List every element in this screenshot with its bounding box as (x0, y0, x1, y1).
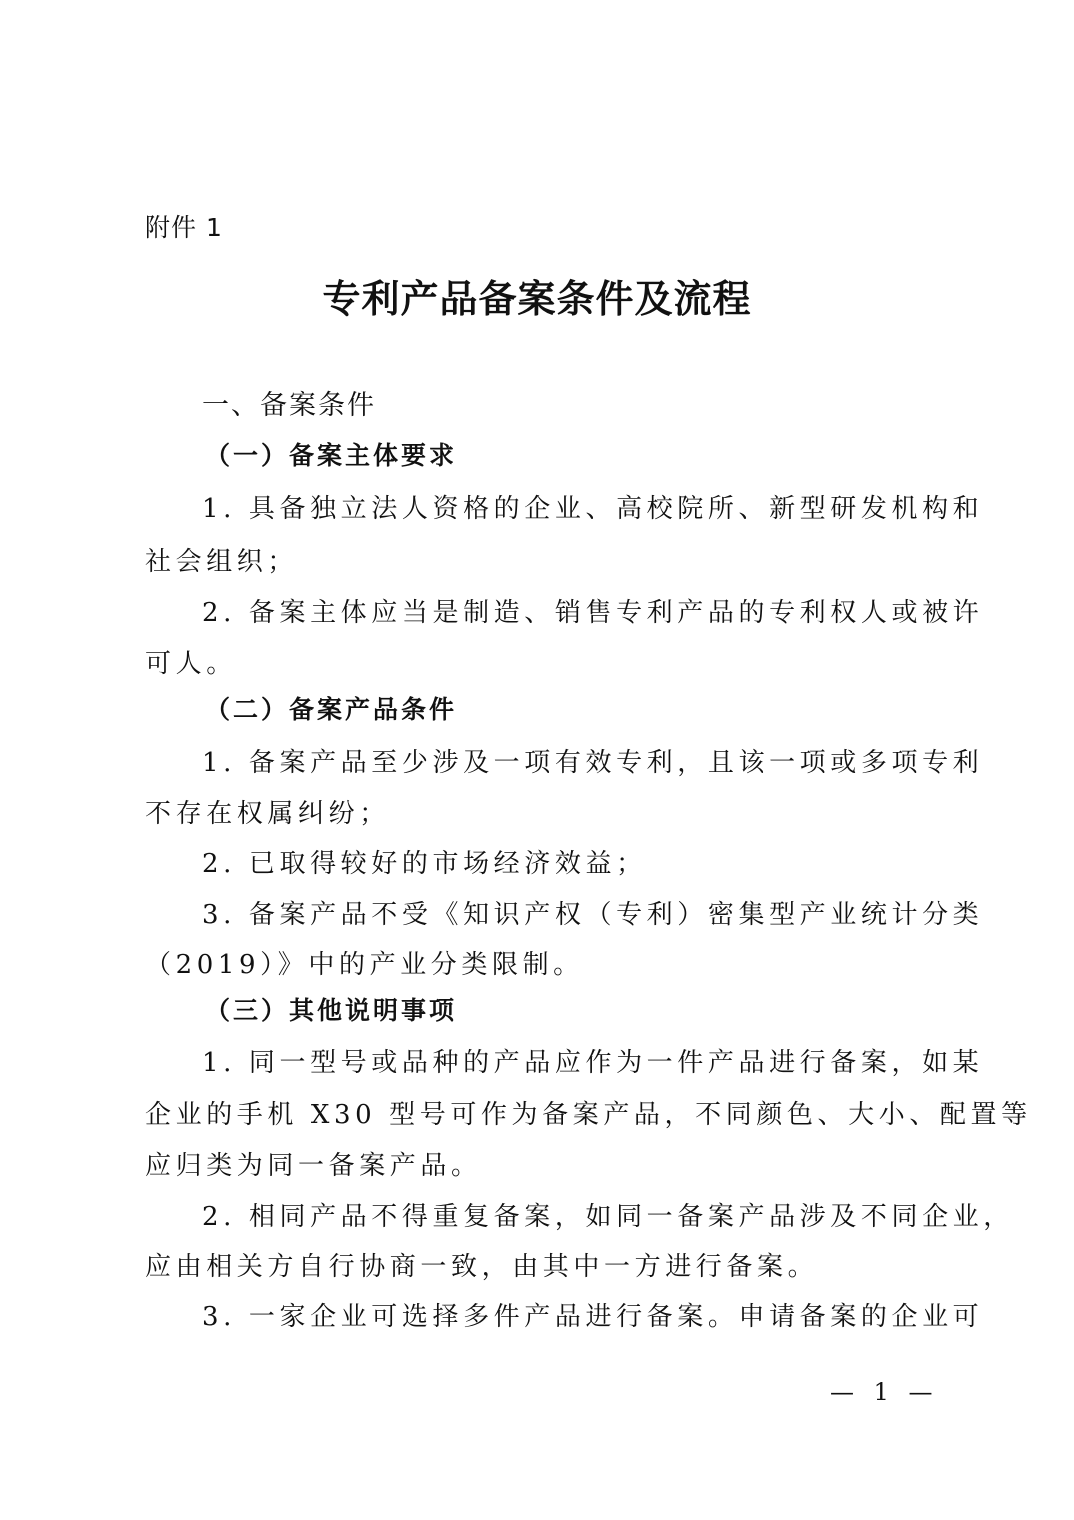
document-title: 专利产品备案条件及流程 (0, 268, 1074, 323)
paragraph-line: 3. 备案产品不受《知识产权（专利）密集型产业统计分类 (202, 894, 983, 931)
paragraph-line: 可人。 (145, 643, 237, 680)
attachment-label: 附件 1 (145, 208, 223, 244)
paragraph-line: 1. 同一型号或品种的产品应作为一件产品进行备案，如某 (202, 1042, 983, 1079)
page-number: — 1 — (830, 1378, 939, 1406)
paragraph-line: 应由相关方自行协商一致，由其中一方进行备案。 (145, 1246, 818, 1283)
subsection-heading-subject: （一）备案主体要求 (205, 436, 457, 472)
paragraph-line: 应归类为同一备案产品。 (145, 1145, 482, 1182)
paragraph-line: 2. 已取得较好的市场经济效益； (202, 843, 647, 880)
paragraph-line: 1. 备案产品至少涉及一项有效专利，且该一项或多项专利 (202, 742, 983, 779)
paragraph-line: 2. 相同产品不得重复备案，如同一备案产品涉及不同企业， (202, 1196, 1014, 1233)
section-heading-conditions: 一、备案条件 (202, 383, 376, 422)
paragraph-line: 社会组织； (145, 541, 298, 578)
paragraph-line: 2. 备案主体应当是制造、销售专利产品的专利权人或被许 (202, 592, 983, 629)
subsection-heading-product: （二）备案产品条件 (205, 690, 457, 726)
paragraph-line: 1. 具备独立法人资格的企业、高校院所、新型研发机构和 (202, 488, 983, 525)
subsection-heading-notes: （三）其他说明事项 (205, 991, 457, 1027)
document-page: 附件 1 专利产品备案条件及流程 一、备案条件 （一）备案主体要求 1. 具备独… (0, 0, 1074, 1520)
paragraph-line: 企业的手机 X30 型号可作为备案产品，不同颜色、大小、配置等 (145, 1094, 1032, 1131)
paragraph-line: 不存在权属纠纷； (145, 793, 390, 830)
paragraph-line: （2019）》中的产业分类限制。 (145, 944, 584, 981)
paragraph-line: 3. 一家企业可选择多件产品进行备案。申请备案的企业可 (202, 1296, 983, 1333)
